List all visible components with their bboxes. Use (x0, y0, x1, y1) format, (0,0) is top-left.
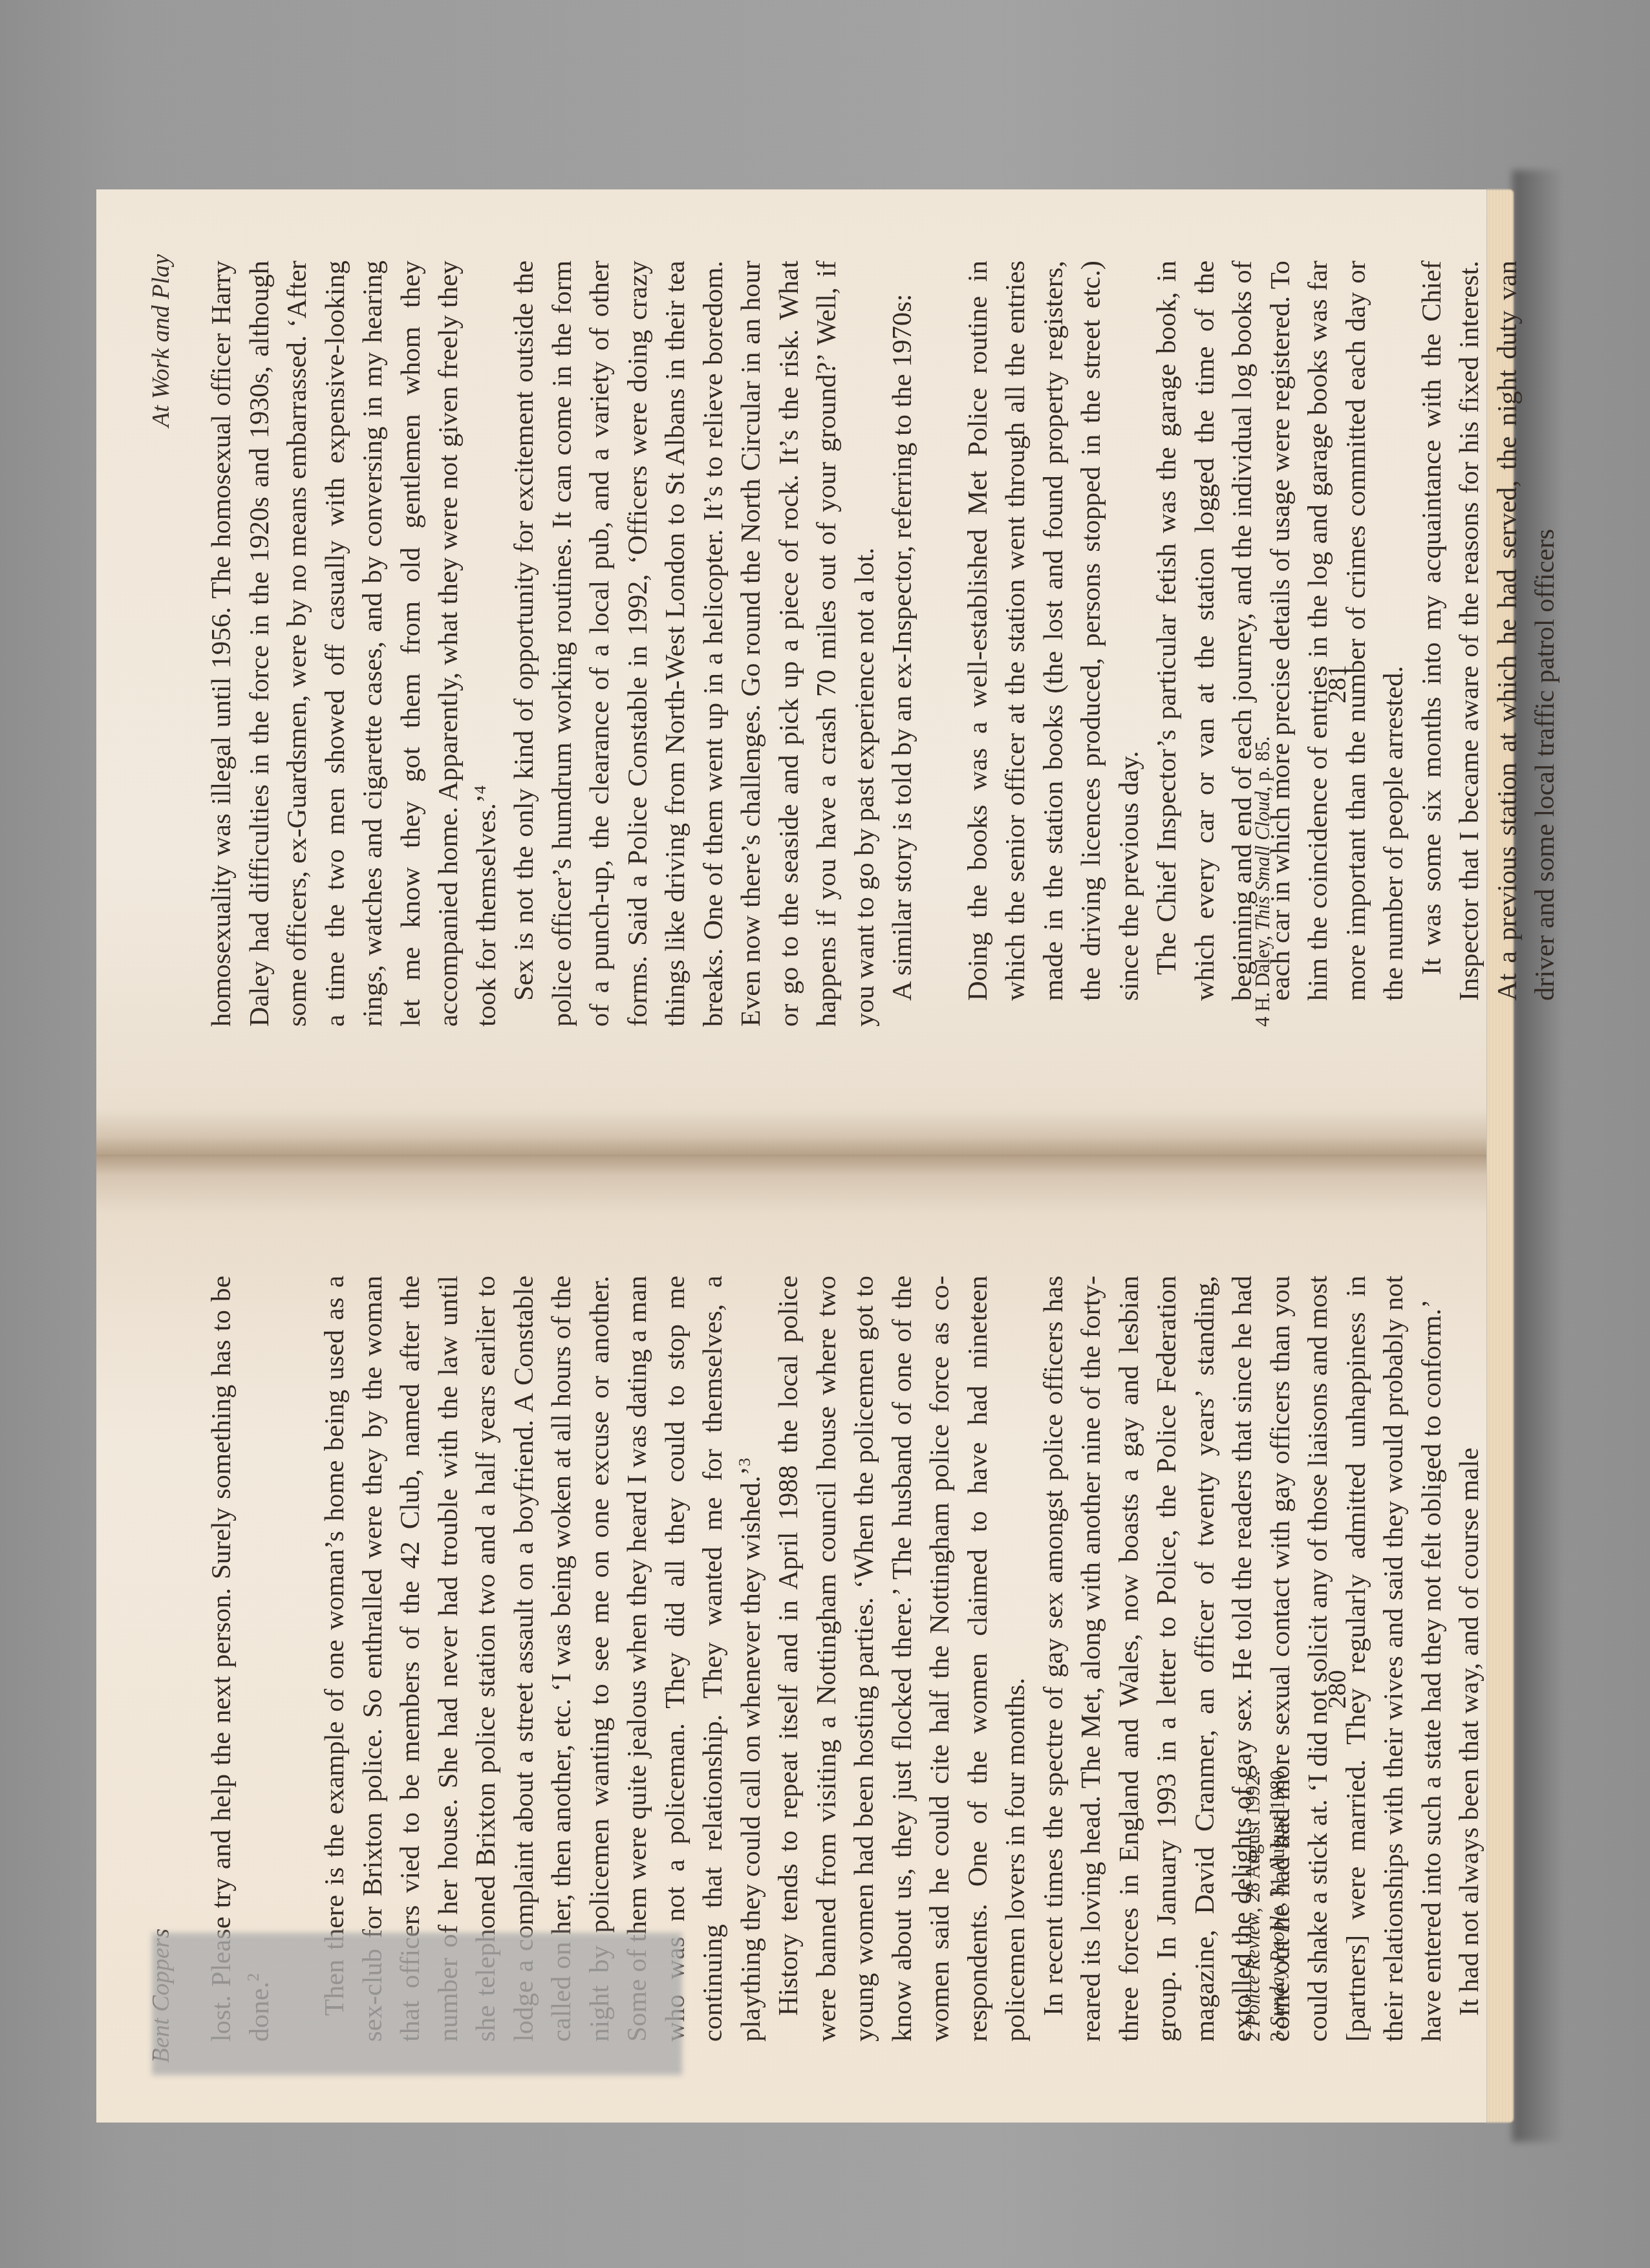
paragraph-text: Then there is the example of one woman’s… (319, 1276, 766, 2042)
right-page-body: homosexuality was illegal until 1956. Th… (203, 261, 1565, 1027)
footnote: 2 Police Review, 28 August 1992. (1241, 1765, 1265, 2042)
page-number-right: 281 (1322, 665, 1352, 703)
page-number-left: 280 (1322, 1670, 1352, 1709)
paragraph-text: lost. Please try and help the next perso… (206, 1276, 275, 2042)
footnote-number: 3 (1266, 2032, 1289, 2042)
footnote: 4 H. Daley, This Small Cloud, p. 85. (1250, 736, 1275, 1027)
footnote-source: Police Review (1241, 1912, 1264, 2026)
footnote-ref: 3 (734, 1458, 753, 1466)
footnote-number: 4 (1251, 1017, 1274, 1027)
footnote: 3 Sunday People, 31 August 1980. (1265, 1765, 1290, 2042)
footnote-detail: , p. 85. (1251, 736, 1274, 791)
block-quote: It was some six months into my acquainta… (1413, 261, 1565, 1027)
paragraph: lost. Please try and help the next perso… (203, 1276, 279, 2042)
left-page-body: lost. Please try and help the next perso… (203, 1276, 1489, 2042)
paragraph: homosexuality was illegal until 1956. Th… (203, 261, 506, 1027)
paragraph: It had not always been that way, and of … (1451, 1276, 1489, 2042)
footnote-source: Sunday People (1266, 1907, 1289, 2027)
footnote-ref: 4 (470, 786, 489, 794)
footnote-author: H. Daley, (1251, 930, 1274, 1011)
book-gutter (96, 1137, 1486, 1175)
paragraph-text: homosexuality was illegal until 1956. Th… (206, 261, 502, 1027)
block-quote: Doing the books was a well-established M… (959, 261, 1149, 1027)
open-book: Bent Coppers lost. Please try and help t… (96, 189, 1486, 2123)
paragraph: A similar story is told by an ex-Inspect… (884, 261, 922, 1027)
footnote-source: This Small Cloud (1251, 791, 1274, 930)
footnote-detail: , 31 August 1980. (1266, 1765, 1289, 1907)
footnote-number: 2 (1241, 2032, 1264, 2042)
block-quote: The Chief Inspector’s particular fetish … (1148, 261, 1413, 1027)
paragraph: History tends to repeat itself and in Ap… (770, 1276, 1035, 2042)
right-page: At Work and Play homosexuality was illeg… (96, 189, 1486, 1156)
footnote-detail: , 28 August 1992. (1241, 1771, 1264, 1913)
scanner-blur-artifact (152, 1933, 682, 2075)
paragraph: Sex is not the only kind of opportunity … (506, 261, 884, 1027)
footnotes-left: 2 Police Review, 28 August 1992. 3 Sunda… (1241, 1765, 1290, 2042)
running-head-right: At Work and Play (147, 254, 175, 427)
footnotes-right: 4 H. Daley, This Small Cloud, p. 85. (1250, 736, 1275, 1027)
paragraph: Then there is the example of one woman’s… (316, 1276, 770, 2042)
